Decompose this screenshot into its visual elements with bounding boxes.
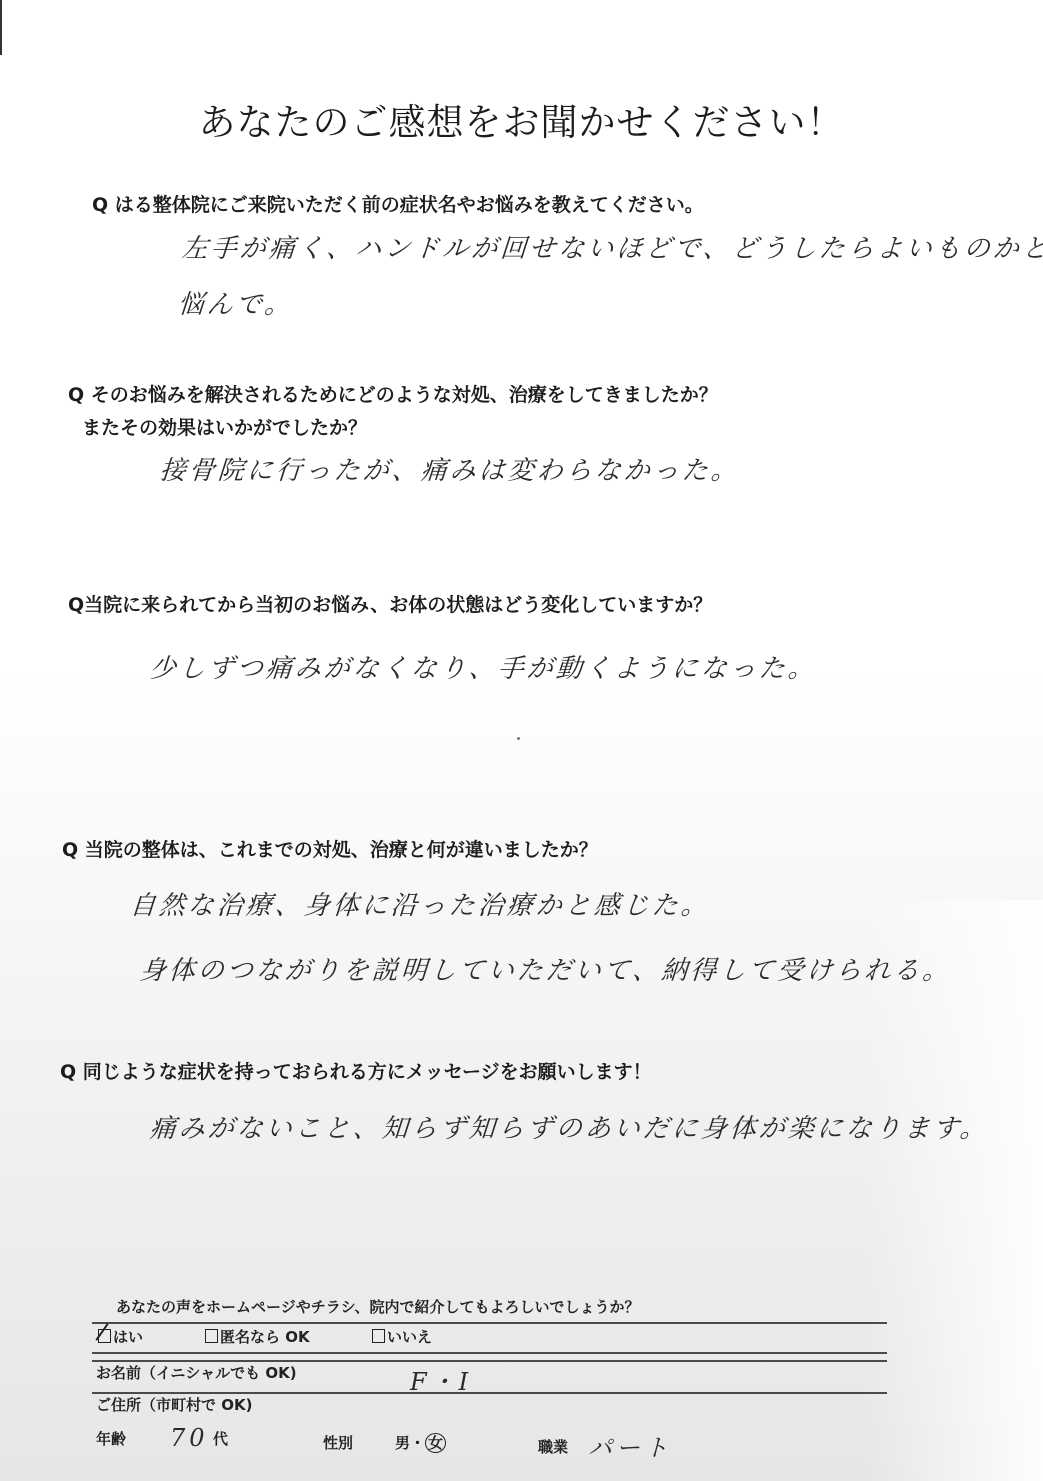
divider-line [92,1322,887,1324]
consent-option-yes[interactable]: はい [98,1326,143,1347]
age-value[interactable]: 70 [170,1424,209,1452]
answer-3: 少しずつ痛みがなくなり、手が動くようになった。 [149,648,819,685]
gender-options: 男・女 [395,1432,446,1453]
divider-line [92,1352,887,1354]
question-2-label: Q そのお悩みを解決されるためにどのような対処、治療をしてきましたか？ [68,384,718,406]
stray-mark [517,737,520,740]
gender-male[interactable]: 男 [395,1434,410,1452]
occupation-value[interactable]: パート [588,1428,672,1463]
consent-question: あなたの声をホームページやチラシ、院内で紹介してもよろしいでしょうか？ [116,1296,640,1317]
light-glare [863,900,1043,1481]
occupation-label: 職業 [538,1436,568,1457]
checkbox-checked-icon[interactable] [98,1329,111,1343]
name-label: お名前（イニシャルでも OK) [96,1362,297,1383]
address-label: ご住所（市町村で OK) [96,1394,252,1415]
question-3: Q当院に来られてから当初のお悩み、お体の状態はどう変化していますか？ [68,590,712,617]
answer-4-line-2: 身体のつながりを説明していただいて、納得して受けられる。 [139,950,953,987]
page-edge-shadow [0,0,2,55]
checkbox-icon[interactable] [205,1329,218,1343]
age-suffix: 代 [213,1428,228,1449]
page-title: あなたのご感想をお聞かせください！ [0,92,1043,146]
question-2-sub: またその効果はいかがでしたか？ [68,413,718,440]
gender-label: 性別 [323,1432,353,1453]
answer-1-line-1: 左手が痛く、ハンドルが回せないほどで、どうしたらよいものかと [181,228,1043,265]
age-label: 年齢 [96,1428,126,1449]
consent-option-no[interactable]: いいえ [372,1326,432,1347]
answer-1-line-2: 悩んで。 [177,284,295,321]
gender-female-circled[interactable]: 女 [425,1433,446,1453]
question-5: Q 同じような症状を持っておられる方にメッセージをお願いします！ [60,1057,652,1084]
answer-2: 接骨院に行ったが、痛みは変わらなかった。 [159,450,742,487]
question-1: Q はる整体院にご来院いただく前の症状名やお悩みを教えてください。 [92,190,704,217]
answer-5: 痛みがないこと、知らず知らずのあいだに身体が楽になります。 [149,1108,991,1145]
checkbox-icon[interactable] [372,1329,385,1343]
question-4: Q 当院の整体は、これまでの対処、治療と何が違いましたか？ [62,835,598,862]
question-2: Q そのお悩みを解決されるためにどのような対処、治療をしてきましたか？ またその… [68,380,718,440]
answer-4-line-1: 自然な治療、身体に沿った治療かと感じた。 [129,885,712,922]
consent-option-anonymous[interactable]: 匿名なら OK [205,1326,310,1347]
